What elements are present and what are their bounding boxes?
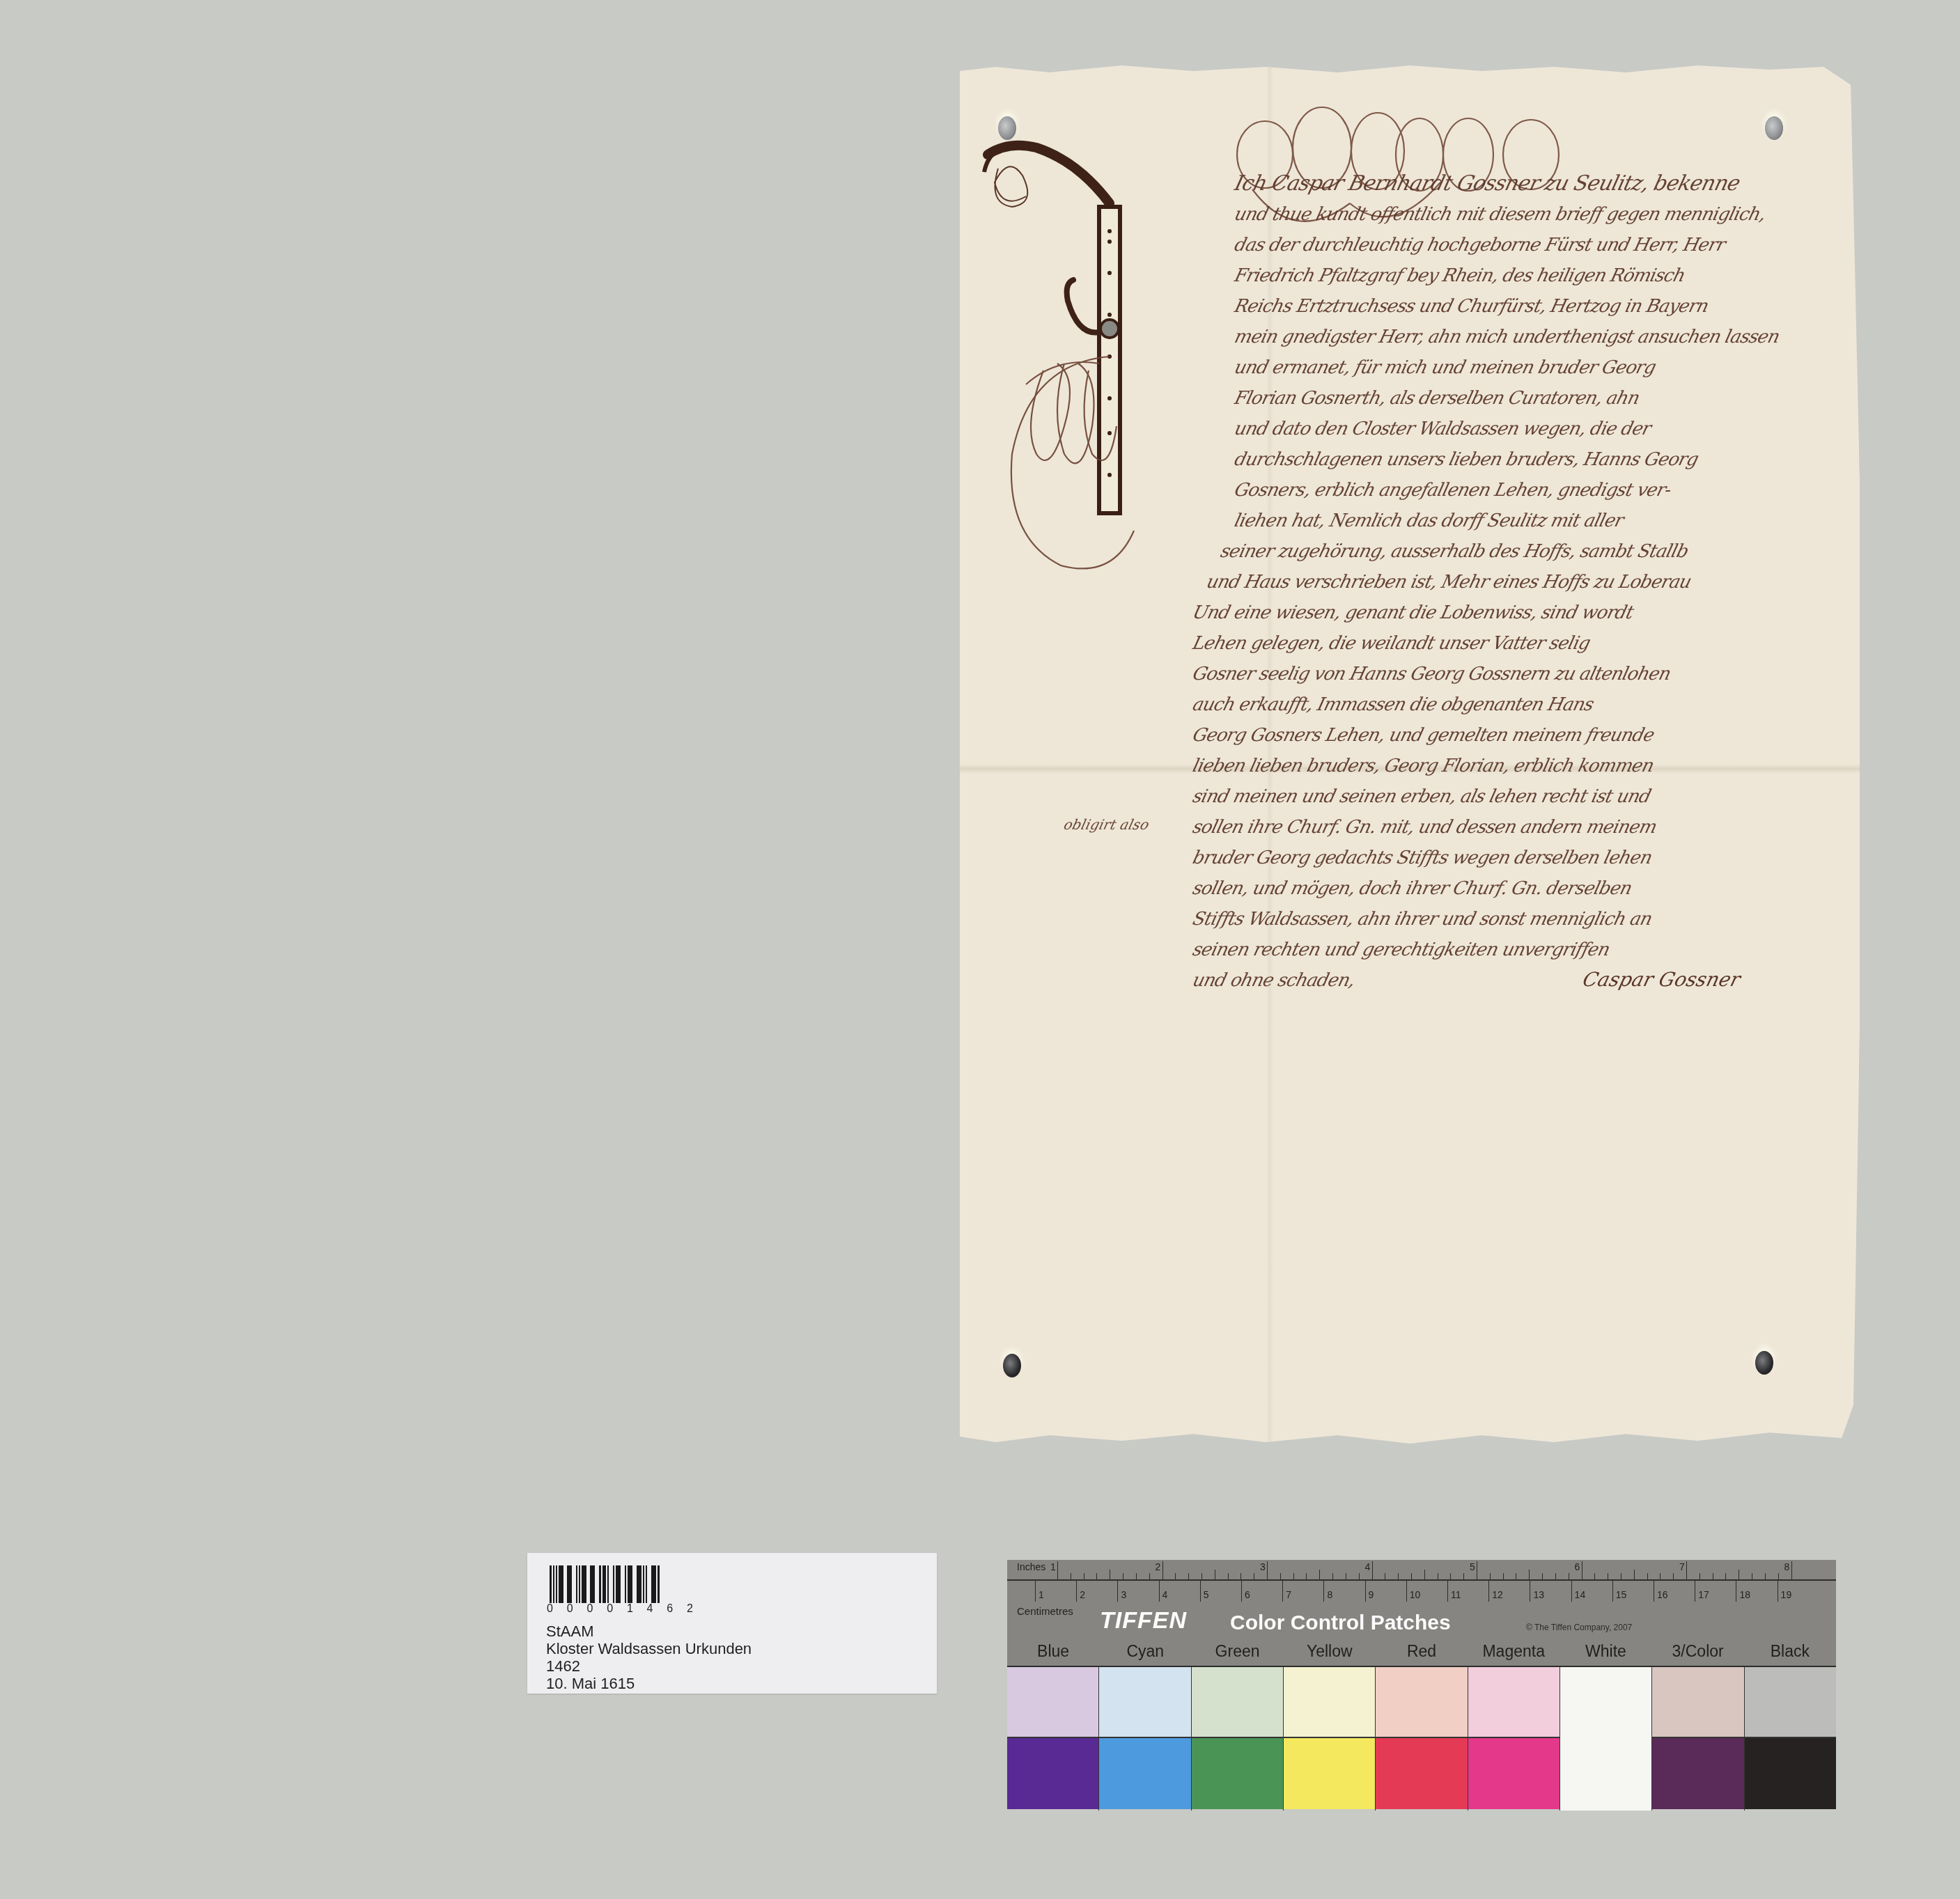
patch-dark (1099, 1737, 1190, 1809)
patch-light (1376, 1667, 1467, 1737)
copyright-note: © The Tiffen Company, 2007 (1526, 1623, 1632, 1632)
inch-subtick (1096, 1573, 1097, 1579)
inch-subtick (1398, 1573, 1399, 1579)
inch-subtick (1503, 1573, 1504, 1579)
inch-subtick (1700, 1573, 1700, 1579)
inches-label: Inches (1017, 1561, 1045, 1572)
document-date: 10. Mai 1615 (546, 1675, 752, 1692)
cm-tick (1323, 1581, 1324, 1602)
inch-subtick (1149, 1573, 1150, 1579)
cm-tick-label: 11 (1451, 1589, 1461, 1600)
text-line: sollen, und mögen, doch ihrer Churf. Gn.… (1190, 873, 1838, 904)
patch-dark (1468, 1737, 1560, 1809)
patch-label-black: Black (1744, 1635, 1836, 1666)
inch-tick-label: 8 (1784, 1561, 1790, 1572)
inch-subtick (1071, 1573, 1071, 1579)
inch-tick-label: 6 (1575, 1561, 1580, 1572)
barcode-number: 0 0 0 0 1 4 6 2 (547, 1603, 693, 1616)
patch-label-white: White (1560, 1635, 1651, 1666)
cm-tick (1200, 1581, 1201, 1602)
patch-label-cyan: Cyan (1099, 1635, 1191, 1666)
ruler-band: Inches 12345678 123456789101112131415161… (1007, 1560, 1836, 1645)
barcode (550, 1565, 696, 1603)
inch-subtick (1765, 1573, 1766, 1579)
cm-tick (1571, 1581, 1572, 1602)
patch-label-blue: Blue (1007, 1635, 1099, 1666)
punch-hole-top-right (1765, 116, 1783, 140)
inch-subtick (1542, 1573, 1543, 1579)
text-line: bruder Georg gedachts Stiffts wegen ders… (1190, 843, 1838, 873)
text-line: Georg Gosners Lehen, und gemelten meinem… (1190, 720, 1838, 751)
cm-tick-label: 13 (1533, 1589, 1544, 1600)
cm-tick-label: 2 (1080, 1589, 1085, 1600)
cm-tick-label: 16 (1657, 1589, 1668, 1600)
text-line: und thue kundt offentlich mit diesem bri… (1231, 199, 1838, 230)
manuscript-text: Ich Caspar Bernhardt Gossner zu Seulitz,… (1235, 169, 1834, 996)
inch-subtick (1725, 1573, 1726, 1579)
inch-subtick (1634, 1570, 1635, 1579)
patch-light (1192, 1667, 1283, 1737)
patch-light (1468, 1667, 1560, 1737)
cm-tick (1365, 1581, 1366, 1602)
cm-tick-label: 17 (1698, 1589, 1709, 1600)
patch-blue (1007, 1667, 1099, 1811)
inch-tick-label: 4 (1365, 1561, 1371, 1572)
inch-subtick (1385, 1573, 1385, 1579)
cm-tick (1778, 1581, 1778, 1602)
text-line: Gosner seelig von Hanns Georg Gossnern z… (1190, 659, 1838, 689)
inch-subtick (1778, 1573, 1779, 1579)
cm-tick-label: 19 (1781, 1589, 1792, 1600)
cm-tick (1695, 1581, 1695, 1602)
inch-tick (1582, 1561, 1582, 1579)
cm-tick (1117, 1581, 1118, 1602)
text-line: und dato den Closter Waldsassen wegen, d… (1231, 414, 1838, 444)
patch-light (1099, 1667, 1190, 1737)
patch-light (1745, 1667, 1836, 1737)
ruler-centimetres: 12345678910111213141516171819 (1007, 1581, 1836, 1602)
cm-tick (1035, 1581, 1036, 1602)
text-line: und Haus verschrieben ist, Mehr eines Ho… (1204, 567, 1838, 597)
inch-subtick (1529, 1570, 1530, 1579)
inch-subtick (1660, 1573, 1660, 1579)
inch-subtick (1450, 1573, 1451, 1579)
inch-subtick (1594, 1573, 1595, 1579)
cm-tick (1488, 1581, 1489, 1602)
patch-light (1560, 1667, 1651, 1737)
inch-tick (1791, 1561, 1792, 1579)
inch-subtick (1201, 1573, 1202, 1579)
inch-tick-label: 7 (1679, 1561, 1685, 1572)
inch-subtick (1424, 1570, 1425, 1579)
text-line: seiner zugehörung, ausserhalb des Hoffs,… (1218, 536, 1838, 567)
inch-tick (1162, 1561, 1163, 1579)
punch-hole-top-left (998, 116, 1016, 140)
inch-subtick (1136, 1573, 1137, 1579)
patch-cyan (1099, 1667, 1191, 1811)
tiffen-logo: TIFFEN (1100, 1607, 1187, 1634)
text-line: das der durchleuchtig hochgeborne Fürst … (1231, 230, 1838, 260)
text-line: Und eine wiesen, genant die Lobenwiss, s… (1190, 597, 1838, 628)
color-patches (1007, 1667, 1836, 1811)
cm-tick-label: 15 (1616, 1589, 1627, 1600)
cm-tick-label: 4 (1162, 1589, 1168, 1600)
cm-tick (1241, 1581, 1242, 1602)
patch-label-yellow: Yellow (1284, 1635, 1376, 1666)
cm-tick (1076, 1581, 1077, 1602)
centimetres-label: Centimetres (1017, 1606, 1073, 1618)
text-line: Reichs Ertztruchsess und Churfürst, Hert… (1231, 291, 1838, 322)
cm-tick (1406, 1581, 1407, 1602)
patch-label-green: Green (1191, 1635, 1283, 1666)
inch-tick (1686, 1561, 1687, 1579)
cm-tick (1159, 1581, 1160, 1602)
patch-dark (1560, 1737, 1651, 1811)
cm-tick (1612, 1581, 1613, 1602)
patch-dark (1652, 1737, 1743, 1809)
inch-tick-label: 2 (1156, 1561, 1161, 1572)
inch-tick-label: 3 (1260, 1561, 1266, 1572)
inch-subtick (1555, 1573, 1556, 1579)
patch-magenta (1468, 1667, 1560, 1811)
inch-subtick (1647, 1573, 1648, 1579)
text-line: liehen hat, Nemlich das dorff Seulitz mi… (1231, 506, 1838, 536)
cm-tick-label: 3 (1121, 1589, 1126, 1600)
inch-subtick (1490, 1573, 1491, 1579)
document-number: 1462 (546, 1657, 752, 1675)
text-line: auch erkaufft, Immassen die obgenanten H… (1190, 689, 1838, 720)
text-line: lieben lieben bruders, Georg Florian, er… (1190, 751, 1838, 781)
patch-light (1007, 1667, 1098, 1737)
patch-dark (1745, 1737, 1836, 1809)
inch-subtick (1569, 1573, 1569, 1579)
text-line: Lehen gelegen, die weilandt unser Vatter… (1190, 628, 1838, 659)
text-line: Florian Gosnerth, als derselben Curatore… (1231, 383, 1838, 414)
cm-tick-label: 6 (1245, 1589, 1250, 1600)
inch-subtick (1254, 1573, 1254, 1579)
cm-tick (1736, 1581, 1736, 1602)
inch-subtick (1084, 1573, 1084, 1579)
inch-tick-label: 5 (1470, 1561, 1475, 1572)
text-line: Gosners, erblich angefallenen Lehen, gne… (1231, 475, 1838, 506)
cm-tick-label: 18 (1739, 1589, 1750, 1600)
text-line: sollen ihre Churf. Gn. mit, und dessen a… (1190, 812, 1838, 843)
inch-tick (1267, 1561, 1268, 1579)
patch-light (1284, 1667, 1375, 1737)
patch-label-red: Red (1376, 1635, 1468, 1666)
margin-note: obligirt also (1062, 816, 1151, 833)
inch-subtick (1306, 1573, 1307, 1579)
cm-tick (1654, 1581, 1654, 1602)
cm-tick-label: 10 (1410, 1589, 1421, 1600)
collection-name: Kloster Waldsassen Urkunden (546, 1640, 752, 1657)
inch-subtick (1332, 1573, 1333, 1579)
archive-label: 0 0 0 0 1 4 6 2 StAAM Kloster Waldsassen… (527, 1553, 937, 1694)
inch-tick (1477, 1561, 1477, 1579)
inch-subtick (1215, 1570, 1215, 1579)
cm-tick-label: 9 (1369, 1589, 1374, 1600)
inch-subtick (1463, 1573, 1464, 1579)
text-line: durchschlagenen unsers lieben bruders, H… (1231, 444, 1838, 475)
inch-subtick (1280, 1573, 1281, 1579)
cm-tick-label: 7 (1286, 1589, 1291, 1600)
inch-subtick (1752, 1573, 1752, 1579)
cm-tick-label: 14 (1575, 1589, 1586, 1600)
inch-subtick (1110, 1570, 1110, 1579)
text-line: sind meinen und seinen erben, als lehen … (1190, 781, 1838, 812)
text-line: seinen rechten und gerechtigkeiten unver… (1190, 935, 1838, 965)
ruler-inches: Inches 12345678 (1007, 1560, 1836, 1581)
signature: Caspar Gossner (1580, 968, 1743, 991)
inch-subtick (1713, 1573, 1713, 1579)
inch-tick (1372, 1561, 1373, 1579)
inch-subtick (1175, 1573, 1176, 1579)
patch-label-magenta: Magenta (1468, 1635, 1560, 1666)
manuscript-sheet: Ich Caspar Bernhardt Gossner zu Seulitz,… (960, 64, 1860, 1446)
text-line: Friedrich Pfaltzgraf bey Rhein, des heil… (1231, 260, 1838, 291)
cm-tick-label: 1 (1039, 1589, 1044, 1600)
punch-hole-bottom-left (1003, 1354, 1021, 1377)
inch-subtick (1240, 1573, 1241, 1579)
label-text: StAAM Kloster Waldsassen Urkunden 1462 1… (546, 1623, 752, 1692)
cm-tick (1282, 1581, 1283, 1602)
inch-subtick (1621, 1573, 1621, 1579)
patch-green (1192, 1667, 1284, 1811)
patch-white (1560, 1667, 1652, 1811)
inch-subtick (1739, 1570, 1739, 1579)
inch-subtick (1673, 1573, 1674, 1579)
inch-subtick (1438, 1573, 1438, 1579)
patch-dark (1376, 1737, 1467, 1809)
inch-subtick (1228, 1573, 1229, 1579)
inch-subtick (1411, 1573, 1412, 1579)
patch-light (1652, 1667, 1743, 1737)
patch-black (1745, 1667, 1836, 1811)
patch-yellow (1284, 1667, 1376, 1811)
cm-tick-label: 12 (1492, 1589, 1503, 1600)
inch-subtick (1608, 1573, 1608, 1579)
text-line: mein gnedigster Herr, ahn mich underthen… (1231, 322, 1838, 352)
inch-tick (1057, 1561, 1058, 1579)
cm-tick-label: 5 (1204, 1589, 1209, 1600)
cm-tick-label: 8 (1327, 1589, 1332, 1600)
inch-subtick (1188, 1573, 1189, 1579)
patch-label-3color: 3/Color (1652, 1635, 1744, 1666)
archive-name: StAAM (546, 1623, 752, 1640)
punch-hole-bottom-right (1755, 1351, 1773, 1375)
patch-dark (1284, 1737, 1375, 1809)
inch-subtick (1319, 1570, 1320, 1579)
inch-tick-label: 1 (1050, 1561, 1056, 1572)
inch-subtick (1516, 1573, 1516, 1579)
text-line: Ich Caspar Bernhardt Gossner zu Seulitz,… (1231, 169, 1838, 199)
inch-subtick (1346, 1573, 1346, 1579)
color-control-chart: Inches 12345678 123456789101112131415161… (1007, 1560, 1836, 1807)
inch-subtick (1359, 1573, 1360, 1579)
patch-dark (1007, 1737, 1098, 1809)
text-line: und ohne schaden, (1190, 965, 1378, 996)
chart-title: Color Control Patches (1230, 1611, 1451, 1635)
inch-subtick (1293, 1573, 1294, 1579)
cm-tick (1447, 1581, 1448, 1602)
inch-subtick (1123, 1573, 1123, 1579)
text-line: und ermanet, für mich und meinen bruder … (1231, 352, 1838, 383)
patch-labels: Blue Cyan Green Yellow Red Magenta White… (1007, 1635, 1836, 1667)
cm-tick (1530, 1581, 1530, 1602)
patch-dark (1192, 1737, 1283, 1809)
text-line: Stiffts Waldsassen, ahn ihrer und sonst … (1190, 904, 1838, 935)
patch-red (1376, 1667, 1468, 1811)
patch-3-color (1652, 1667, 1744, 1811)
